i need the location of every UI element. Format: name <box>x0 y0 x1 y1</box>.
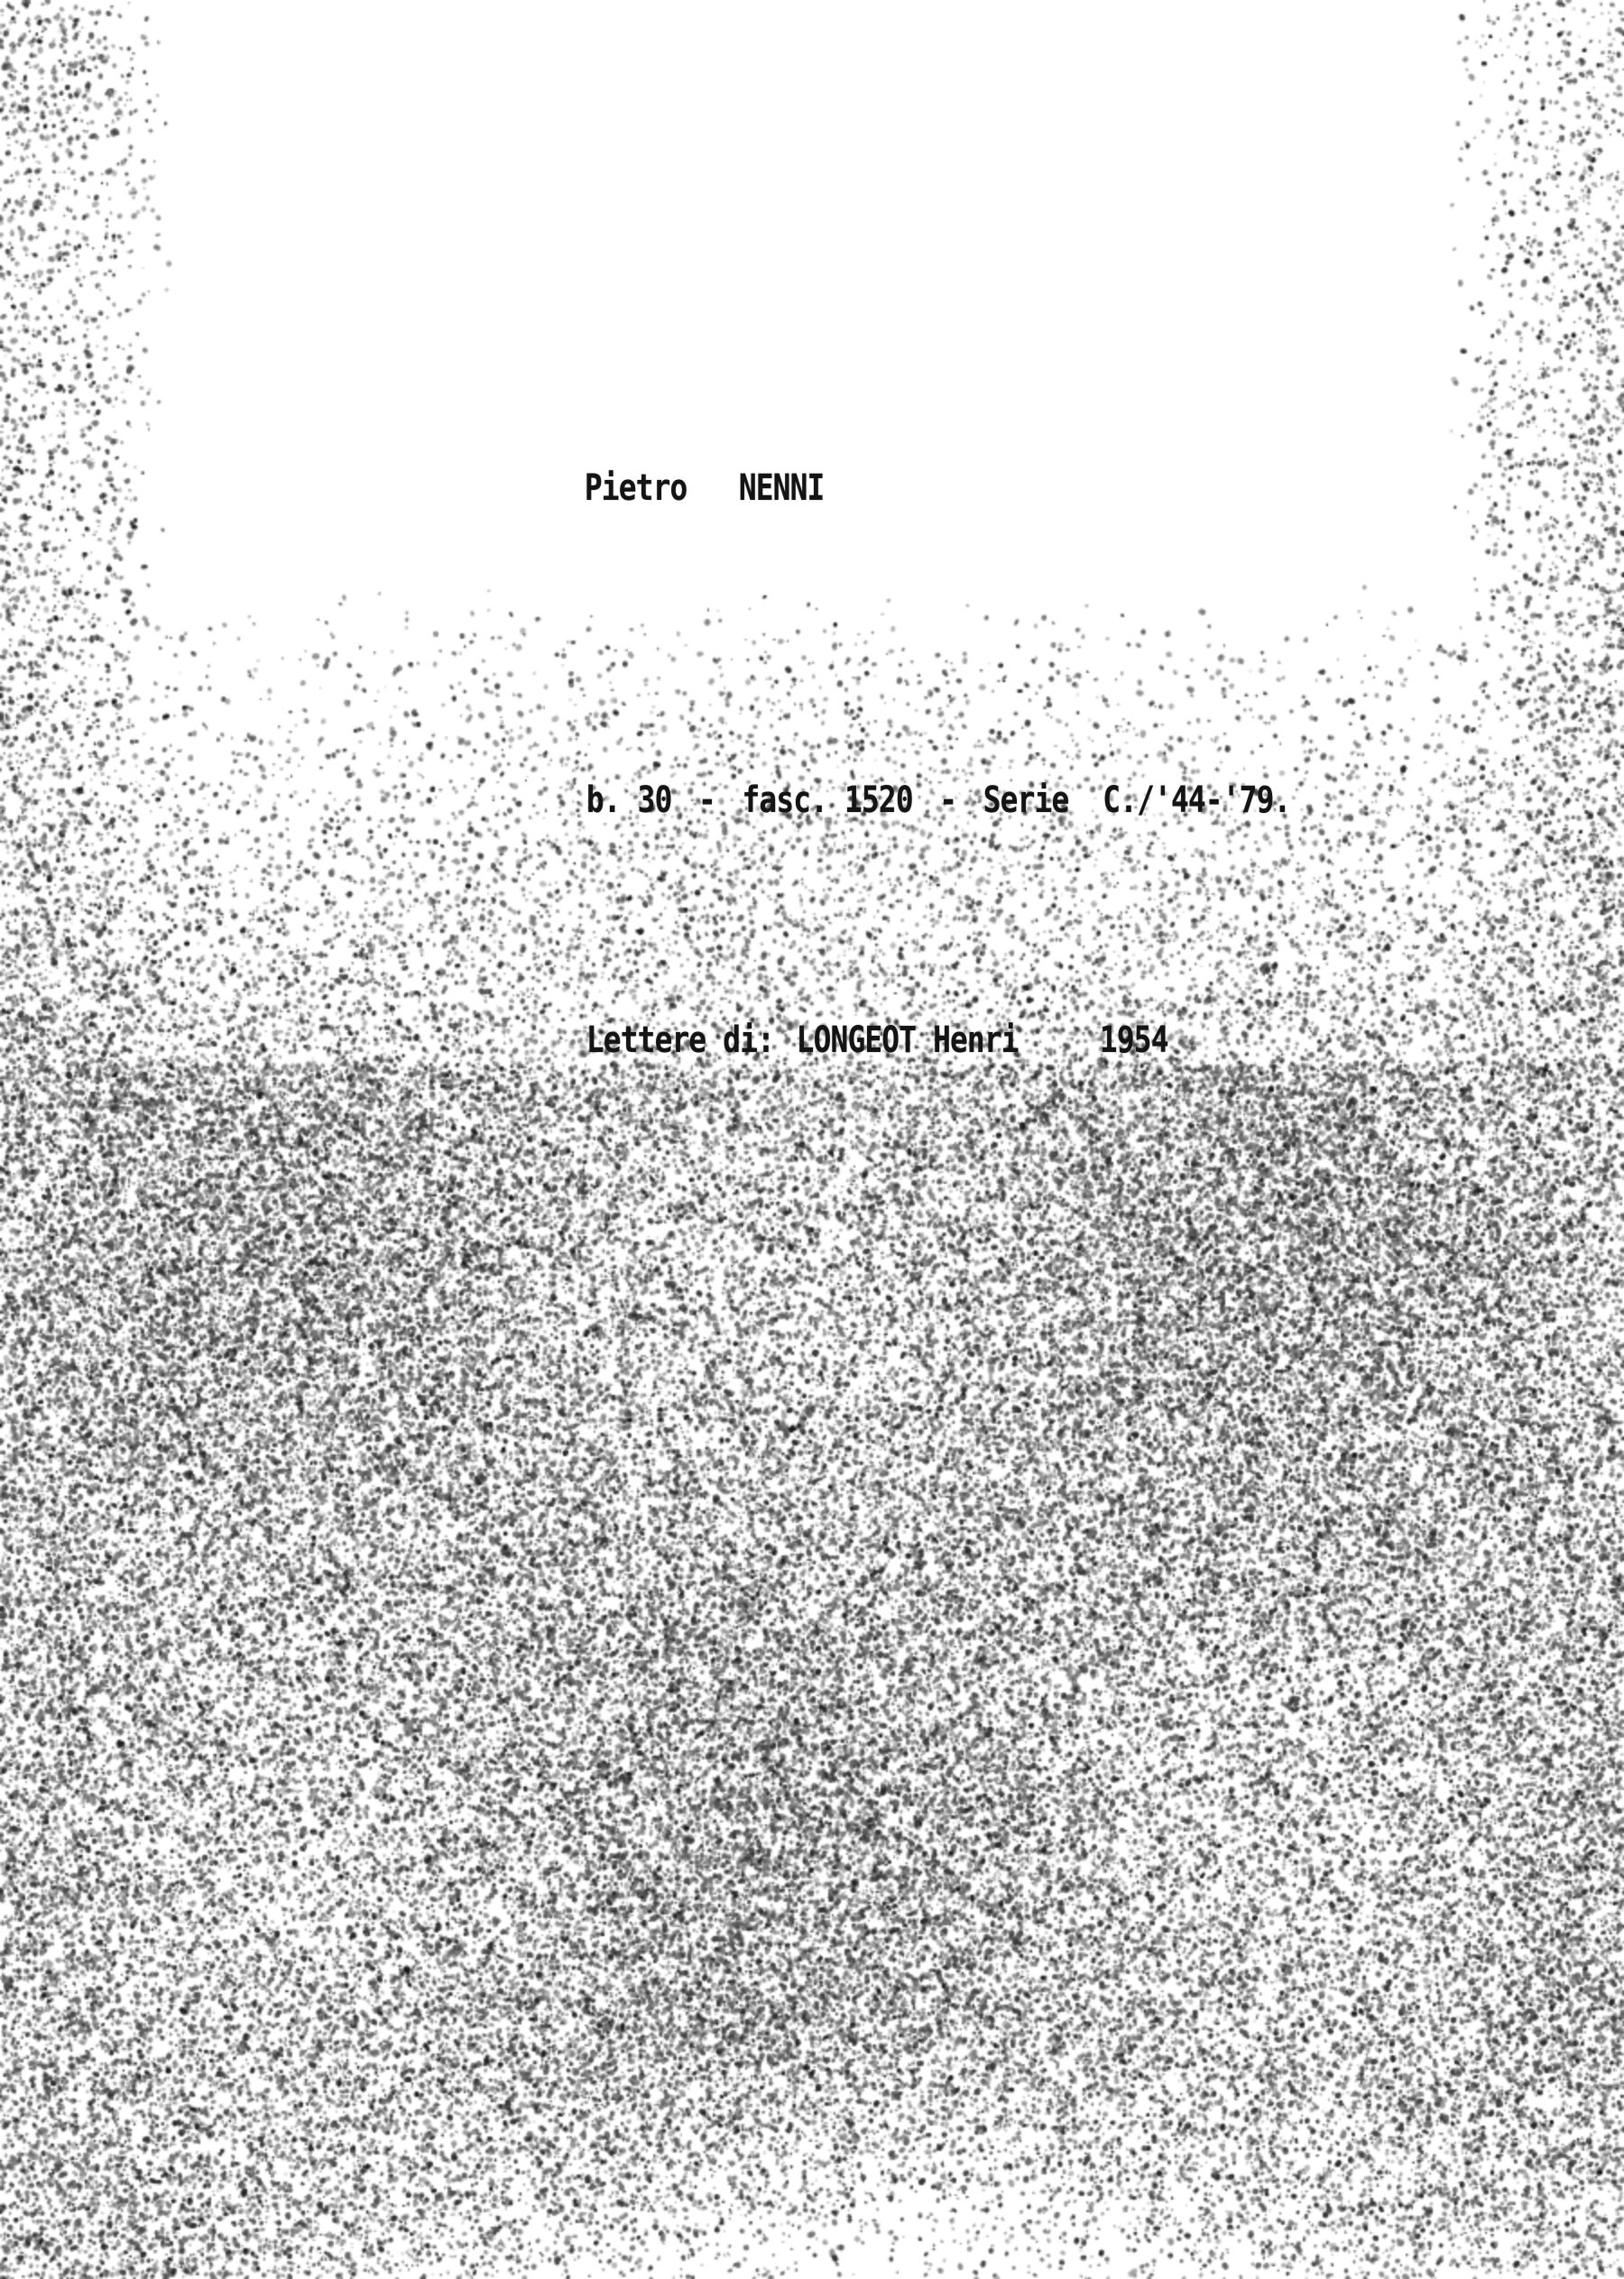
scan-noise-background <box>0 0 1624 2279</box>
correspondent-name: LONGEOT Henri <box>797 1020 1019 1061</box>
last-name: NENNI <box>739 467 825 509</box>
letters-label: Lettere di: <box>586 1020 774 1061</box>
busta-number: b. 30 <box>586 780 672 821</box>
letters-line: Lettere di:LONGEOT Henri1954 <box>552 978 1168 1061</box>
separator: - <box>698 780 715 821</box>
separator: - <box>939 780 956 821</box>
serie-label: Serie C./'44-'79. <box>983 780 1291 821</box>
person-name: PietroNENNI <box>550 426 824 509</box>
fascicolo-number: fasc. 1520 <box>742 780 912 821</box>
archive-reference: b. 30-fasc. 1520-Serie C./'44-'79. <box>552 738 1290 821</box>
first-name: Pietro <box>585 467 687 509</box>
letters-year: 1954 <box>1100 1020 1168 1061</box>
